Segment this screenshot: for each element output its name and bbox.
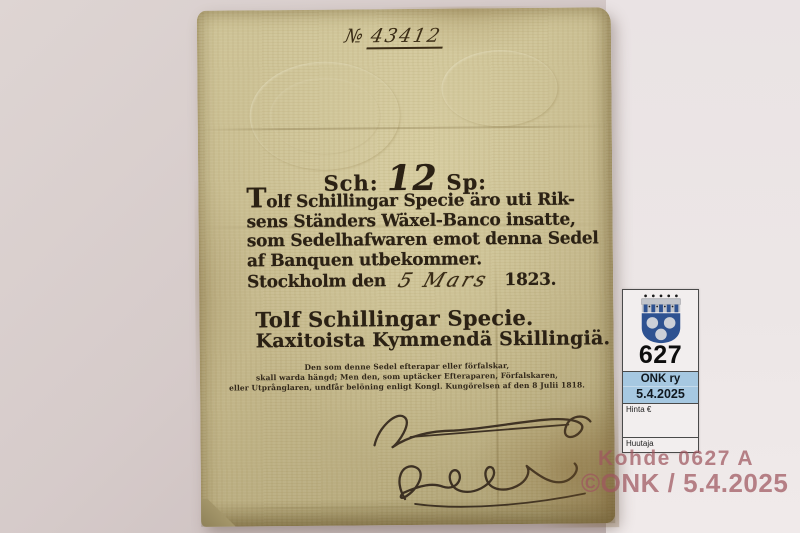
- auction-date: 5.4.2025: [623, 386, 698, 401]
- embossed-round-seal-inner: [269, 77, 380, 154]
- dateline-prefix: Stockholm den: [247, 271, 386, 292]
- dog-ear-corner-fold: [201, 499, 235, 527]
- body-line: som Sedelhafwaren emot denna Sedel: [247, 230, 577, 252]
- banknote-body-text: Tolf Schillingar Specie äro uti Rik- sen…: [246, 191, 577, 293]
- serial-prefix: №: [343, 25, 365, 47]
- fold-crease-horizontal-1: [198, 125, 612, 131]
- price-box: Hinta €: [623, 403, 698, 437]
- handwritten-serial-number: № 43412: [343, 25, 448, 48]
- label-blue-section: ONK ry 5.4.2025: [623, 371, 698, 403]
- value-line-finnish: Kaxitoista Kymmendä Skillingiä.: [256, 328, 611, 352]
- dateline-year: 1823.: [504, 270, 556, 290]
- handwritten-date: 5 Mars: [396, 270, 491, 290]
- banknote-12-schillingar: № 43412 Sch: 12 Sp: Tolf Schillingar Spe…: [197, 7, 615, 527]
- counterfeit-warning-text: Den som denne Sedel efterapar eller förf…: [200, 360, 614, 393]
- signature-2-underline: [415, 493, 585, 507]
- onk-crest-icon: [638, 293, 684, 345]
- lot-number: 627: [639, 343, 682, 367]
- embossed-round-seal: [249, 61, 400, 170]
- value-statement-block: Tolf Schillingar Specie. Kaxitoista Kymm…: [255, 306, 610, 352]
- organization-name: ONK ry: [623, 373, 698, 386]
- embossed-oval-seal: [441, 50, 558, 127]
- auction-lot-label: 627 ONK ry 5.4.2025 Hinta € Huutaja: [622, 289, 699, 453]
- dateline: Stockholm den 5 Mars 1823.: [247, 269, 577, 293]
- photo-overlay-copyright-text: ©ONK / 5.4.2025: [581, 468, 788, 499]
- signature-2: [399, 464, 577, 500]
- label-logo-section: 627: [623, 290, 698, 371]
- serial-digits: 43412: [366, 25, 447, 50]
- price-label: Hinta €: [626, 405, 651, 414]
